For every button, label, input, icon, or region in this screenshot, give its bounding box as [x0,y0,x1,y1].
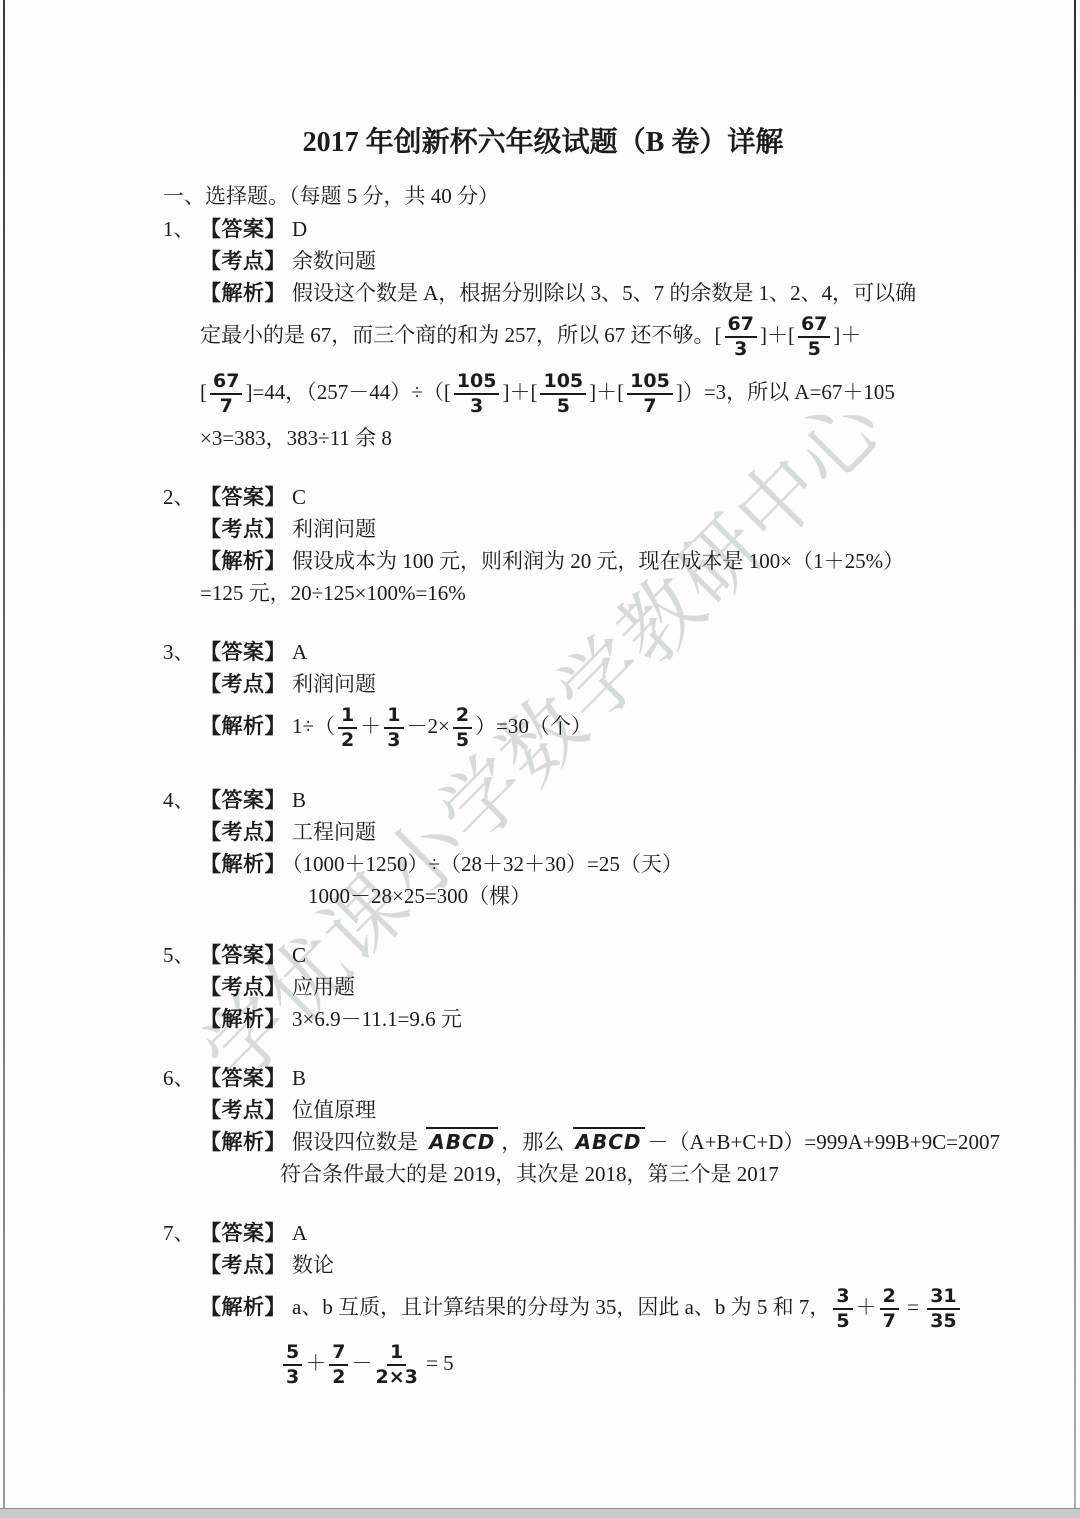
fraction-numerator: 2 [880,1286,899,1310]
answer-value: B [292,788,306,812]
analysis-text: ×3=383，383÷11 余 8 [200,426,392,450]
fraction-numerator: 1 [384,705,403,729]
analysis-text: 定最小的是 67，而三个商的和为 257，所以 67 还不够。[ [200,323,722,347]
analysis-label: 【解析】 [200,714,286,738]
fraction: 675 [798,314,830,361]
question-number: 2、 [163,481,200,609]
fraction-denominator: 5 [836,1310,849,1332]
topic-value: 余数问题 [292,249,376,273]
overline-text: ABCD [426,1127,498,1154]
fraction-numerator: 2 [453,705,472,729]
answer-label: 【答案】 [200,485,286,509]
analysis-text: ）=30（个） [475,714,592,738]
analysis-text: ]＋[ [502,380,537,404]
analysis-text: ]＋ [833,323,861,347]
analysis-line: =125 元，20÷125×100%=16% [200,577,923,609]
fraction-numerator: 5 [283,1342,302,1366]
fraction-denominator: 2×3 [375,1366,417,1388]
answer-label: 【答案】 [200,943,286,967]
answer-label: 【答案】 [200,788,286,812]
fraction-numerator: 105 [454,371,500,395]
fraction-denominator: 2 [332,1366,345,1388]
answer-label: 【答案】 [200,640,286,664]
analysis-text: ]）=3，所以 A=67＋105 [676,380,895,404]
analysis-line: 【解析】假设四位数是 ABCD，那么 ABCD－（A+B+C+D）=999A+9… [200,1126,1000,1158]
fraction: 677 [210,371,242,418]
answer-line: 【答案】A [200,1217,963,1249]
answer-value: A [292,1221,307,1245]
topic-value: 工程问题 [292,820,376,844]
answer-line: 【答案】A [200,636,923,668]
page-edge-left [3,0,5,1508]
analysis-text: －（A+B+C+D）=999A+99B+9C=2007 [648,1130,1000,1154]
analysis-label: 【解析】 [200,1007,286,1031]
fraction: 25 [453,705,472,752]
fraction: 72 [329,1342,348,1389]
answer-label: 【答案】 [200,1066,286,1090]
topic-line: 【考点】位值原理 [200,1094,1000,1126]
question-item: 3、【答案】A【考点】利润问题【解析】1÷（12＋13－2×25）=30（个） [163,636,923,757]
analysis-line: 【解析】假设这个数是 A，根据分别除以 3、5、7 的余数是 1、2、4，可以确 [200,277,923,309]
document-page: 学优课小学数学教研中心 2017 年创新杯六年级试题（B 卷）详解 一、选择题。… [0,0,1080,1518]
fraction-numerator: 3 [833,1286,852,1310]
analysis-text: ，那么 [501,1130,569,1154]
topic-label: 【考点】 [200,820,286,844]
analysis-line: 定最小的是 67，而三个商的和为 257，所以 67 还不够。[673]＋[67… [200,309,923,366]
analysis-text: － [351,1351,372,1375]
analysis-text: = 5 [421,1351,454,1375]
analysis-text: 假设成本为 100 元，则利润为 20 元，现在成本是 100×（1＋25%） [292,549,904,573]
topic-value: 位值原理 [292,1098,376,1122]
topic-line: 【考点】余数问题 [200,245,923,277]
fraction-denominator: 7 [220,395,233,417]
analysis-line: 1000－28×25=300（棵） [200,880,923,912]
topic-line: 【考点】工程问题 [200,816,923,848]
analysis-text: =125 元，20÷125×100%=16% [200,581,466,605]
analysis-line: 【解析】a、b 互质，且计算结果的分母为 35，因此 a、b 为 5 和 7，3… [200,1281,963,1338]
question-item: 7、【答案】A【考点】数论【解析】a、b 互质，且计算结果的分母为 35，因此 … [163,1217,923,1394]
topic-label: 【考点】 [200,1098,286,1122]
analysis-text: a、b 互质，且计算结果的分母为 35，因此 a、b 为 5 和 7， [292,1295,830,1319]
section-heading: 一、选择题。（每题 5 分，共 40 分） [163,180,923,212]
page-bottom-edge [0,1508,1080,1518]
fraction-denominator: 2 [341,729,354,751]
answer-value: D [292,217,307,241]
answer-label: 【答案】 [200,217,286,241]
fraction-denominator: 7 [883,1310,896,1332]
question-number: 5、 [163,939,200,1035]
fraction: 1057 [627,371,673,418]
analysis-line: 【解析】假设成本为 100 元，则利润为 20 元，现在成本是 100×（1＋2… [200,545,923,577]
analysis-line: 53＋72－12×3 = 5 [200,1337,963,1394]
answer-line: 【答案】B [200,784,923,816]
topic-value: 应用题 [292,975,355,999]
question-item: 4、【答案】B【考点】工程问题【解析】（1000＋1250）÷（28＋32＋30… [163,784,923,912]
answer-line: 【答案】B [200,1062,1000,1094]
analysis-line: ×3=383，383÷11 余 8 [200,422,923,454]
answer-value: A [292,640,307,664]
topic-label: 【考点】 [200,249,286,273]
analysis-text: ]＋[ [589,380,624,404]
analysis-text: 1000－28×25=300（棵） [308,884,531,908]
answer-value: C [292,943,306,967]
analysis-line: 【解析】1÷（12＋13－2×25）=30（个） [200,700,923,757]
fraction-numerator: 1 [338,705,357,729]
fraction: 1055 [540,371,586,418]
analysis-label: 【解析】 [200,549,286,573]
topic-line: 【考点】数论 [200,1249,963,1281]
page-edge-right [1074,0,1076,1508]
analysis-text: ]=44，（257－44）÷（[ [245,380,450,404]
fraction-denominator: 35 [930,1310,956,1332]
fraction-denominator: 5 [557,395,570,417]
question-body: 【答案】C【考点】利润问题【解析】假设成本为 100 元，则利润为 20 元，现… [200,481,923,609]
question-item: 6、【答案】B【考点】位值原理【解析】假设四位数是 ABCD，那么 ABCD－（… [163,1062,923,1190]
questions-container: 1、【答案】D【考点】余数问题【解析】假设这个数是 A，根据分别除以 3、5、7… [163,213,923,1394]
analysis-text: （1000＋1250）÷（28＋32＋30）=25（天） [292,852,683,876]
fraction-denominator: 3 [286,1366,299,1388]
analysis-text: ＋ [360,714,381,738]
fraction-denominator: 3 [734,338,747,360]
question-body: 【答案】A【考点】利润问题【解析】1÷（12＋13－2×25）=30（个） [200,636,923,757]
fraction-numerator: 31 [927,1286,959,1310]
analysis-text: 假设四位数是 [292,1130,423,1154]
analysis-text: 假设这个数是 A，根据分别除以 3、5、7 的余数是 1、2、4，可以确 [292,281,916,305]
topic-label: 【考点】 [200,1253,286,1277]
question-body: 【答案】A【考点】数论【解析】a、b 互质，且计算结果的分母为 35，因此 a、… [200,1217,963,1394]
analysis-label: 【解析】 [200,281,286,305]
page-title: 2017 年创新杯六年级试题（B 卷）详解 [163,120,923,160]
topic-line: 【考点】利润问题 [200,668,923,700]
question-item: 1、【答案】D【考点】余数问题【解析】假设这个数是 A，根据分别除以 3、5、7… [163,213,923,454]
analysis-text: 1÷（ [292,714,335,738]
analysis-line: [677]=44，（257－44）÷（[1053]＋[1055]＋[1057]）… [200,366,923,423]
question-number: 6、 [163,1062,200,1190]
topic-label: 【考点】 [200,975,286,999]
answer-line: 【答案】D [200,213,923,245]
analysis-text: －2× [407,714,450,738]
answer-line: 【答案】C [200,481,923,513]
analysis-line: 【解析】（1000＋1250）÷（28＋32＋30）=25（天） [200,848,923,880]
fraction-numerator: 1 [387,1342,406,1366]
question-item: 5、【答案】C【考点】应用题【解析】3×6.9－11.1=9.6 元 [163,939,923,1035]
question-body: 【答案】B【考点】位值原理【解析】假设四位数是 ABCD，那么 ABCD－（A+… [200,1062,1000,1190]
answer-value: C [292,485,306,509]
fraction-denominator: 3 [387,729,400,751]
analysis-text: ]＋[ [760,323,795,347]
fraction: 53 [283,1342,302,1389]
topic-label: 【考点】 [200,672,286,696]
question-body: 【答案】B【考点】工程问题【解析】（1000＋1250）÷（28＋32＋30）=… [200,784,923,912]
topic-label: 【考点】 [200,517,286,541]
fraction: 12×3 [375,1342,417,1389]
fraction: 35 [833,1286,852,1333]
fraction-numerator: 67 [798,314,830,338]
answer-line: 【答案】C [200,939,923,971]
analysis-text: = [902,1295,924,1319]
question-number: 1、 [163,213,200,454]
fraction-denominator: 5 [808,338,821,360]
fraction-numerator: 105 [540,371,586,395]
fraction: 13 [384,705,403,752]
fraction-denominator: 5 [456,729,469,751]
question-body: 【答案】C【考点】应用题【解析】3×6.9－11.1=9.6 元 [200,939,923,1035]
fraction: 3135 [927,1286,959,1333]
topic-value: 利润问题 [292,517,376,541]
fraction-denominator: 7 [643,395,656,417]
answer-value: B [292,1066,306,1090]
analysis-label: 【解析】 [200,852,286,876]
overline-text: ABCD [573,1127,645,1154]
topic-value: 利润问题 [292,672,376,696]
question-number: 3、 [163,636,200,757]
topic-line: 【考点】利润问题 [200,513,923,545]
topic-value: 数论 [292,1253,334,1277]
fraction-numerator: 67 [725,314,757,338]
question-number: 4、 [163,784,200,912]
analysis-text: 符合条件最大的是 2019，其次是 2018，第三个是 2017 [280,1162,779,1186]
analysis-label: 【解析】 [200,1295,286,1319]
question-number: 7、 [163,1217,200,1394]
answer-label: 【答案】 [200,1221,286,1245]
fraction: 673 [725,314,757,361]
fraction-denominator: 3 [470,395,483,417]
fraction: 12 [338,705,357,752]
analysis-text: ＋ [856,1295,877,1319]
analysis-line: 【解析】3×6.9－11.1=9.6 元 [200,1003,923,1035]
topic-line: 【考点】应用题 [200,971,923,1003]
fraction-numerator: 67 [210,371,242,395]
analysis-text: 3×6.9－11.1=9.6 元 [292,1007,462,1031]
analysis-text: [ [200,380,207,404]
fraction: 27 [880,1286,899,1333]
question-item: 2、【答案】C【考点】利润问题【解析】假设成本为 100 元，则利润为 20 元… [163,481,923,609]
analysis-text: ＋ [305,1351,326,1375]
fraction-numerator: 105 [627,371,673,395]
document-content: 2017 年创新杯六年级试题（B 卷）详解 一、选择题。（每题 5 分，共 40… [163,0,923,1394]
question-body: 【答案】D【考点】余数问题【解析】假设这个数是 A，根据分别除以 3、5、7 的… [200,213,923,454]
analysis-label: 【解析】 [200,1130,286,1154]
fraction-numerator: 7 [329,1342,348,1366]
analysis-line: 符合条件最大的是 2019，其次是 2018，第三个是 2017 [200,1158,1000,1190]
fraction: 1053 [454,371,500,418]
